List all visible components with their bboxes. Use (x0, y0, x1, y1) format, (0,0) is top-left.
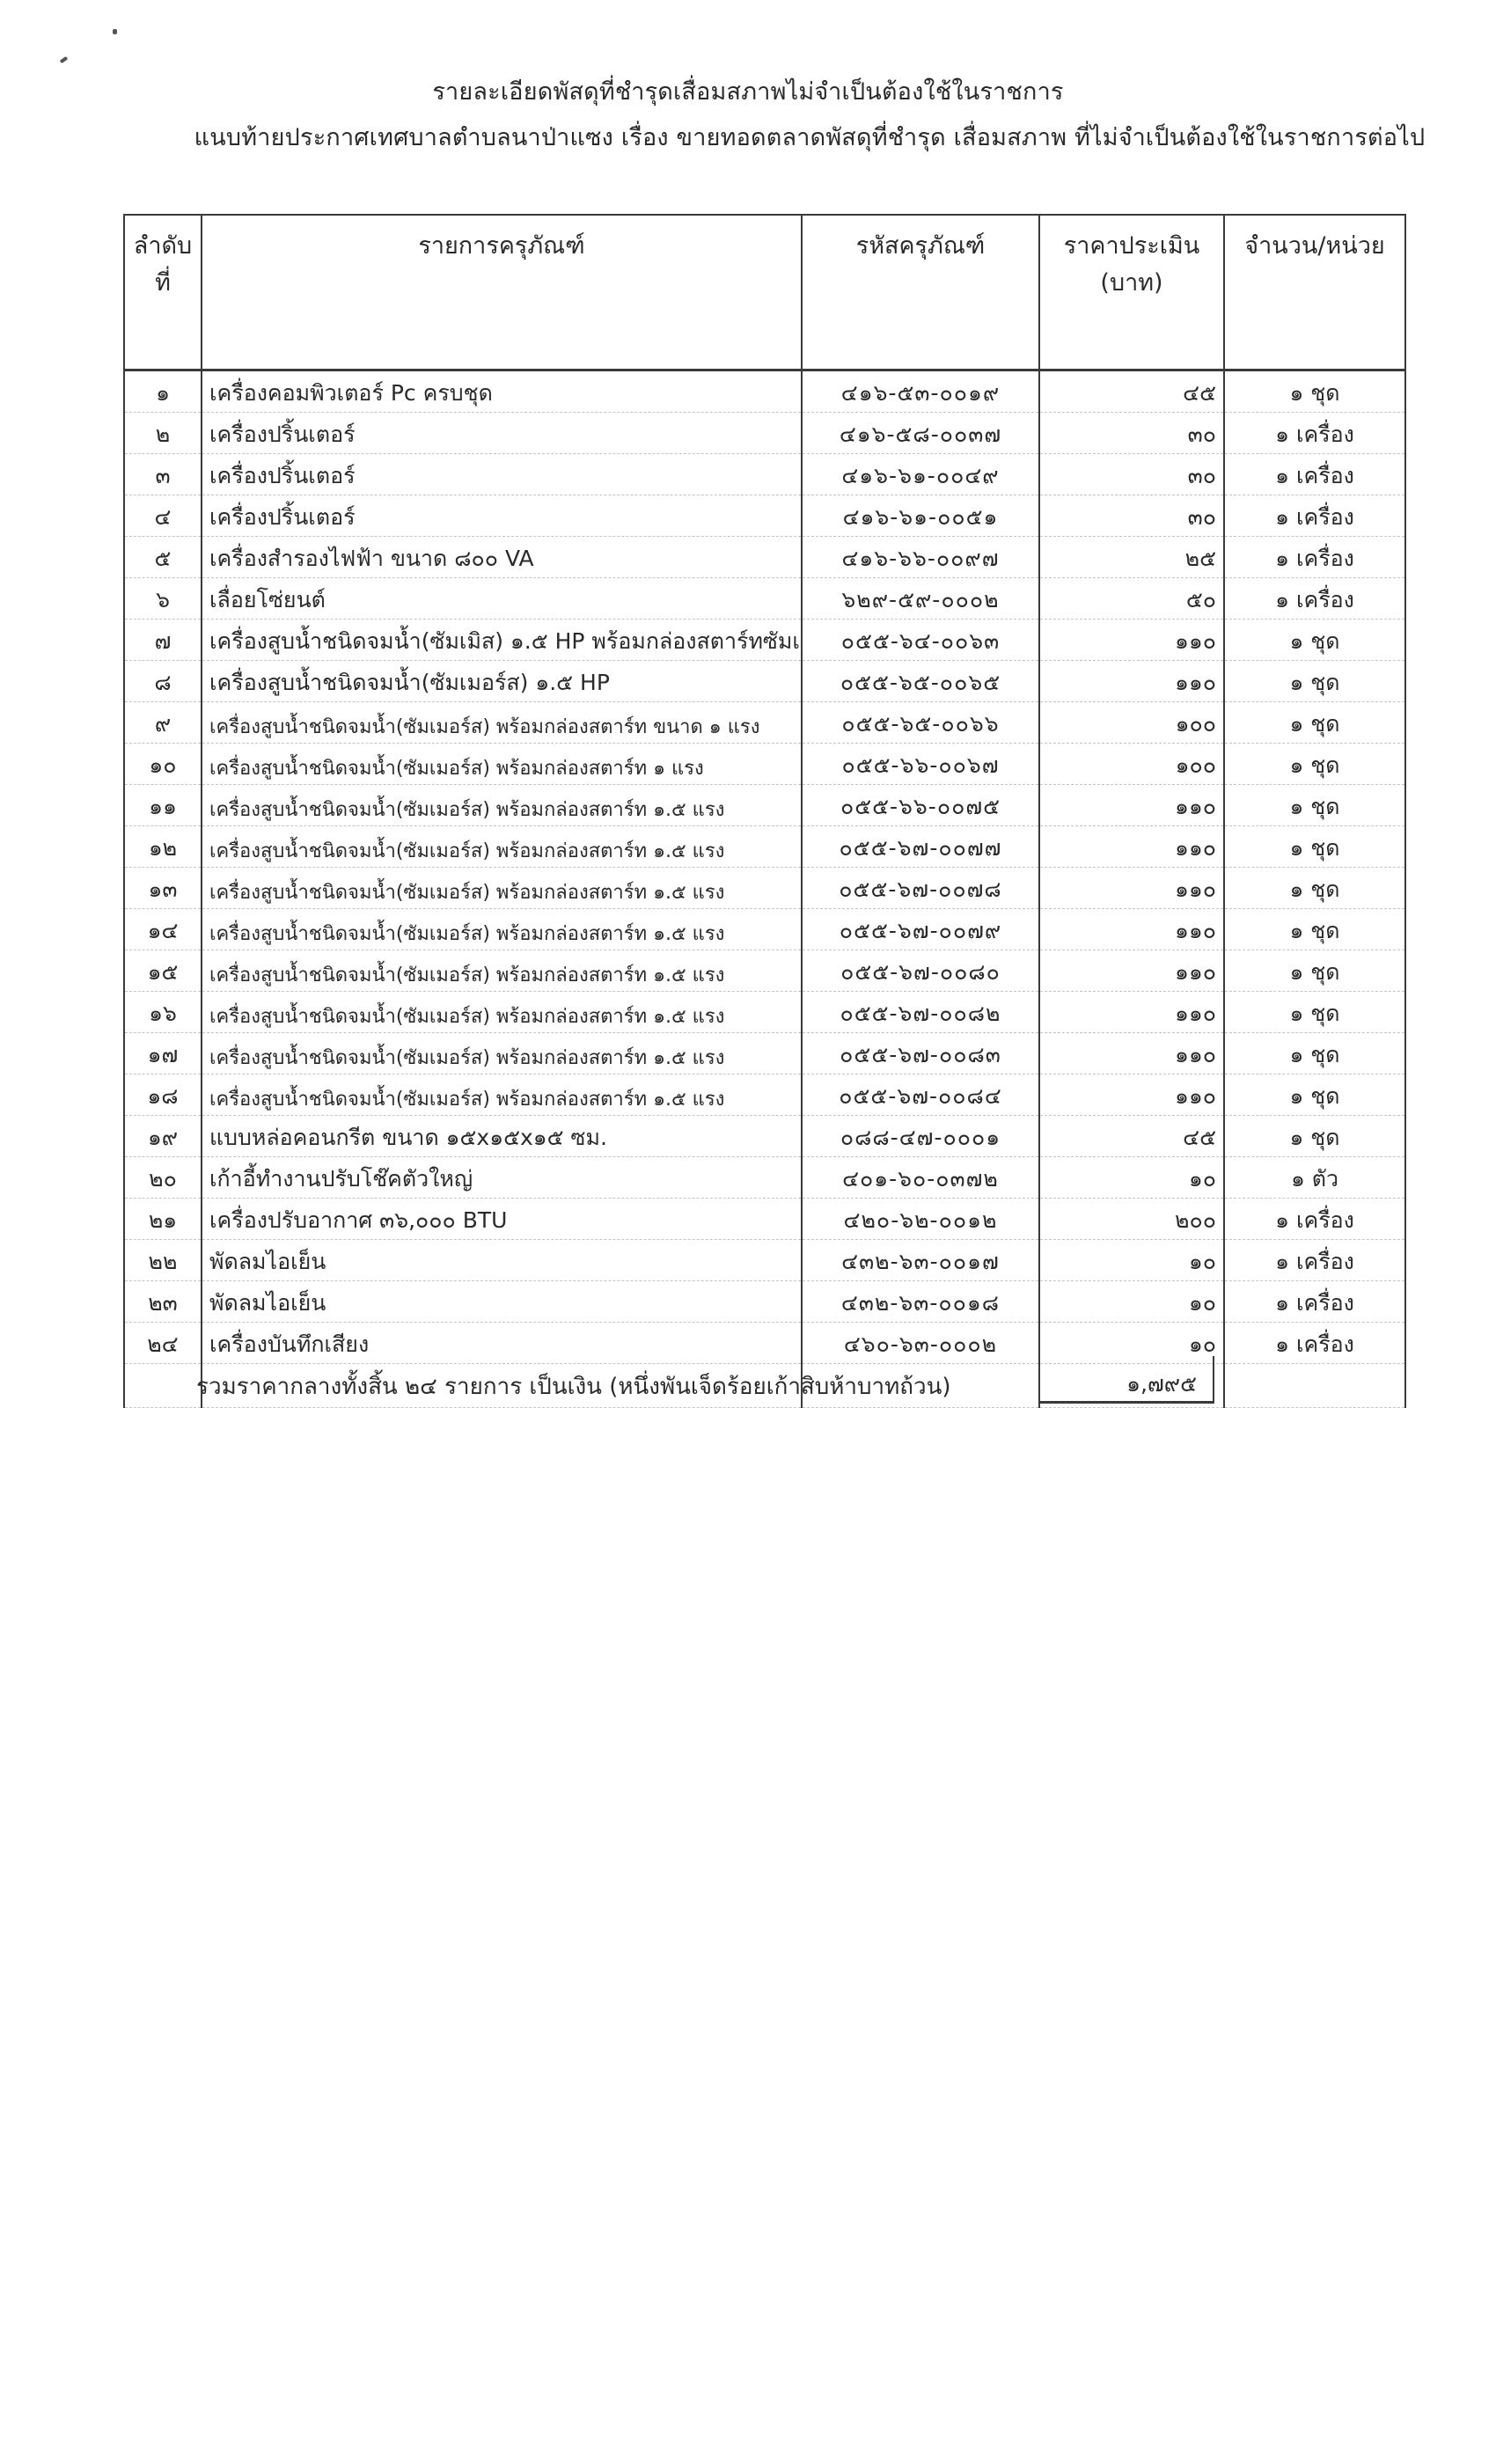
row-price: ๑๑๐ (1039, 992, 1224, 1033)
header-no: ลำดับ ที่ (124, 215, 202, 370)
row-qty: ๑ ชุด (1224, 950, 1405, 992)
row-number: ๖ (124, 578, 202, 620)
total-label: รวมราคากลางทั้งสิ้น ๒๔ รายการ เป็นเงิน (… (196, 1368, 951, 1404)
row-code: ๔๐๑-๖๐-๐๓๗๒ (802, 1157, 1039, 1199)
asset-table: ลำดับ ที่ รายการครุภัณฑ์ รหัสครุภัณฑ์ รา… (123, 214, 1406, 1408)
row-code: ๔๑๖-๖๑-๐๐๕๑ (802, 495, 1039, 537)
table-row: ๑๑เครื่องสูบน้ำชนิดจมน้ำ(ซัมเมอร์ส) พร้อ… (124, 785, 1405, 826)
row-number: ๗ (124, 620, 202, 661)
row-code: ๐๕๕-๖๗-๐๐๘๓ (802, 1033, 1039, 1074)
table-row: ๑เครื่องคอมพิวเตอร์ Pc ครบชุด๔๑๖-๕๓-๐๐๑๙… (124, 370, 1405, 413)
row-code: ๔๓๒-๖๓-๐๐๑๗ (802, 1240, 1039, 1281)
row-qty: ๑ ชุด (1224, 370, 1405, 413)
row-number: ๒๐ (124, 1157, 202, 1199)
row-item: เครื่องสูบน้ำชนิดจมน้ำ(ซัมเมอร์ส) พร้อมก… (202, 1033, 802, 1074)
table-row: ๒๐เก้าอี้ทำงานปรับโช๊คตัวใหญ่๔๐๑-๖๐-๐๓๗๒… (124, 1157, 1405, 1199)
row-item: พัดลมไอเย็น (202, 1240, 802, 1281)
row-price: ๓๐ (1039, 454, 1224, 495)
row-price: ๑๑๐ (1039, 868, 1224, 909)
row-code: ๐๕๕-๖๕-๐๐๖๖ (802, 702, 1039, 744)
document-subtitle: แนบท้ายประกาศเทศบาลตำบลนาป่าแซง เรื่อง ข… (62, 118, 1496, 156)
row-code: ๐๕๕-๖๗-๐๐๗๘ (802, 868, 1039, 909)
row-qty: ๑ ตัว (1224, 1157, 1405, 1199)
row-code: ๔๑๖-๖๖-๐๐๙๗ (802, 537, 1039, 578)
row-code: ๔๒๐-๖๒-๐๐๑๒ (802, 1199, 1039, 1240)
row-item: เครื่องสูบน้ำชนิดจมน้ำ(ซัมเมอร์ส) พร้อมก… (202, 909, 802, 950)
row-price: ๓๐ (1039, 413, 1224, 454)
row-code: ๖๒๙-๕๙-๐๐๐๒ (802, 578, 1039, 620)
row-qty: ๑ ชุด (1224, 1033, 1405, 1074)
table-row: ๑๕เครื่องสูบน้ำชนิดจมน้ำ(ซัมเมอร์ส) พร้อ… (124, 950, 1405, 992)
row-item: เก้าอี้ทำงานปรับโช๊คตัวใหญ่ (202, 1157, 802, 1199)
row-qty: ๑ ชุด (1224, 744, 1405, 785)
table-row: ๑๖เครื่องสูบน้ำชนิดจมน้ำ(ซัมเมอร์ส) พร้อ… (124, 992, 1405, 1033)
row-item: พัดลมไอเย็น (202, 1281, 802, 1323)
table-header-row: ลำดับ ที่ รายการครุภัณฑ์ รหัสครุภัณฑ์ รา… (124, 215, 1405, 370)
row-number: ๑๑ (124, 785, 202, 826)
row-qty: ๑ ชุด (1224, 826, 1405, 868)
row-price: ๑๑๐ (1039, 950, 1224, 992)
scan-speck (113, 29, 117, 34)
row-number: ๕ (124, 537, 202, 578)
header-no-line2: ที่ (132, 265, 194, 302)
row-number: ๒๑ (124, 1199, 202, 1240)
row-qty: ๑ เครื่อง (1224, 578, 1405, 620)
table-row: ๕เครื่องสำรองไฟฟ้า ขนาด ๘๐๐ VA๔๑๖-๖๖-๐๐๙… (124, 537, 1405, 578)
row-item: เครื่องสูบน้ำชนิดจมน้ำ(ซัมเมอร์ส) พร้อมก… (202, 868, 802, 909)
row-qty: ๑ ชุด (1224, 1074, 1405, 1116)
total-row: รวมราคากลางทั้งสิ้น ๒๔ รายการ เป็นเงิน (… (123, 1358, 1404, 1405)
row-number: ๑๓ (124, 868, 202, 909)
row-code: ๔๑๖-๕๘-๐๐๓๗ (802, 413, 1039, 454)
document-title: รายละเอียดพัสดุที่ชำรุดเสื่อมสภาพไม่จำเป… (0, 72, 1496, 110)
row-code: ๐๘๘-๔๗-๐๐๐๑ (802, 1116, 1039, 1157)
row-code: ๐๕๕-๖๗-๐๐๘๒ (802, 992, 1039, 1033)
row-price: ๒๕ (1039, 537, 1224, 578)
row-number: ๑๗ (124, 1033, 202, 1074)
row-item: เครื่องปริ้นเตอร์ (202, 495, 802, 537)
row-price: ๑๐๐ (1039, 744, 1224, 785)
table-row: ๑๙แบบหล่อคอนกรีต ขนาด ๑๕x๑๕x๑๕ ซม.๐๘๘-๔๗… (124, 1116, 1405, 1157)
row-qty: ๑ เครื่อง (1224, 413, 1405, 454)
total-value: ๑,๗๙๕ (1038, 1356, 1214, 1404)
row-item: เครื่องสูบน้ำชนิดจมน้ำ(ซัมเมอร์ส) ๑.๕ HP (202, 661, 802, 702)
row-item: แบบหล่อคอนกรีต ขนาด ๑๕x๑๕x๑๕ ซม. (202, 1116, 802, 1157)
header-price: ราคาประเมิน (บาท) (1039, 215, 1224, 370)
row-number: ๑๖ (124, 992, 202, 1033)
row-price: ๔๕ (1039, 1116, 1224, 1157)
row-number: ๔ (124, 495, 202, 537)
row-code: ๐๕๕-๖๕-๐๐๖๕ (802, 661, 1039, 702)
table-row: ๙เครื่องสูบน้ำชนิดจมน้ำ(ซัมเมอร์ส) พร้อม… (124, 702, 1405, 744)
table-row: ๗เครื่องสูบน้ำชนิดจมน้ำ(ซัมเมิส) ๑.๕ HP … (124, 620, 1405, 661)
table-row: ๑๔เครื่องสูบน้ำชนิดจมน้ำ(ซัมเมอร์ส) พร้อ… (124, 909, 1405, 950)
row-qty: ๑ เครื่อง (1224, 1240, 1405, 1281)
row-price: ๑๐ (1039, 1157, 1224, 1199)
row-price: ๑๑๐ (1039, 620, 1224, 661)
row-qty: ๑ ชุด (1224, 1116, 1405, 1157)
row-item: เครื่องปริ้นเตอร์ (202, 454, 802, 495)
table-row: ๑๓เครื่องสูบน้ำชนิดจมน้ำ(ซัมเมอร์ส) พร้อ… (124, 868, 1405, 909)
row-item: เครื่องสูบน้ำชนิดจมน้ำ(ซัมเมอร์ส) พร้อมก… (202, 785, 802, 826)
row-qty: ๑ เครื่อง (1224, 537, 1405, 578)
row-item: เครื่องสูบน้ำชนิดจมน้ำ(ซัมเมอร์ส) พร้อมก… (202, 826, 802, 868)
table-row: ๖เลื่อยโซ่ยนต์๖๒๙-๕๙-๐๐๐๒๕๐๑ เครื่อง (124, 578, 1405, 620)
row-qty: ๑ ชุด (1224, 785, 1405, 826)
row-item: เครื่องสูบน้ำชนิดจมน้ำ(ซัมเมอร์ส) พร้อมก… (202, 1074, 802, 1116)
row-number: ๑๐ (124, 744, 202, 785)
row-number: ๑๘ (124, 1074, 202, 1116)
row-number: ๓ (124, 454, 202, 495)
header-code: รหัสครุภัณฑ์ (802, 215, 1039, 370)
row-price: ๑๑๐ (1039, 1033, 1224, 1074)
row-item: เครื่องปริ้นเตอร์ (202, 413, 802, 454)
row-number: ๑๔ (124, 909, 202, 950)
row-number: ๑๙ (124, 1116, 202, 1157)
row-code: ๐๕๕-๖๔-๐๐๖๓ (802, 620, 1039, 661)
table-row: ๑๐เครื่องสูบน้ำชนิดจมน้ำ(ซัมเมอร์ส) พร้อ… (124, 744, 1405, 785)
row-item: เครื่องสำรองไฟฟ้า ขนาด ๘๐๐ VA (202, 537, 802, 578)
row-number: ๘ (124, 661, 202, 702)
table-row: ๑๘เครื่องสูบน้ำชนิดจมน้ำ(ซัมเมอร์ส) พร้อ… (124, 1074, 1405, 1116)
row-price: ๑๐ (1039, 1281, 1224, 1323)
row-price: ๑๐ (1039, 1240, 1224, 1281)
row-price: ๑๑๐ (1039, 1074, 1224, 1116)
row-qty: ๑ ชุด (1224, 620, 1405, 661)
row-qty: ๑ เครื่อง (1224, 454, 1405, 495)
row-code: ๔๑๖-๕๓-๐๐๑๙ (802, 370, 1039, 413)
table-row: ๘เครื่องสูบน้ำชนิดจมน้ำ(ซัมเมอร์ส) ๑.๕ H… (124, 661, 1405, 702)
scan-speck (60, 56, 69, 63)
row-qty: ๑ ชุด (1224, 702, 1405, 744)
row-price: ๑๑๐ (1039, 826, 1224, 868)
row-qty: ๑ ชุด (1224, 992, 1405, 1033)
row-number: ๒ (124, 413, 202, 454)
row-qty: ๑ เครื่อง (1224, 495, 1405, 537)
row-code: ๐๕๕-๖๖-๐๐๗๕ (802, 785, 1039, 826)
row-price: ๓๐ (1039, 495, 1224, 537)
row-qty: ๑ ชุด (1224, 868, 1405, 909)
row-number: ๑ (124, 370, 202, 413)
table-row: ๓เครื่องปริ้นเตอร์๔๑๖-๖๑-๐๐๔๙๓๐๑ เครื่อง (124, 454, 1405, 495)
row-number: ๙ (124, 702, 202, 744)
row-code: ๐๕๕-๖๗-๐๐๘๐ (802, 950, 1039, 992)
row-number: ๑๒ (124, 826, 202, 868)
header-item: รายการครุภัณฑ์ (202, 215, 802, 370)
row-item: เครื่องสูบน้ำชนิดจมน้ำ(ซัมเมอร์ส) พร้อมก… (202, 744, 802, 785)
row-item: เครื่องสูบน้ำชนิดจมน้ำ(ซัมเมิส) ๑.๕ HP พ… (202, 620, 802, 661)
header-price-line2: (บาท) (1047, 265, 1216, 302)
row-price: ๒๐๐ (1039, 1199, 1224, 1240)
row-price: ๑๑๐ (1039, 661, 1224, 702)
row-item: เครื่องสูบน้ำชนิดจมน้ำ(ซัมเมอร์ส) พร้อมก… (202, 950, 802, 992)
row-qty: ๑ ชุด (1224, 909, 1405, 950)
row-price: ๔๕ (1039, 370, 1224, 413)
table-row: ๑๒เครื่องสูบน้ำชนิดจมน้ำ(ซัมเมอร์ส) พร้อ… (124, 826, 1405, 868)
table-row: ๒๑เครื่องปรับอากาศ ๓๖,๐๐๐ BTU๔๒๐-๖๒-๐๐๑๒… (124, 1199, 1405, 1240)
row-qty: ๑ ชุด (1224, 661, 1405, 702)
row-code: ๐๕๕-๖๗-๐๐๘๔ (802, 1074, 1039, 1116)
row-item: เลื่อยโซ่ยนต์ (202, 578, 802, 620)
table-row: ๑๗เครื่องสูบน้ำชนิดจมน้ำ(ซัมเมอร์ส) พร้อ… (124, 1033, 1405, 1074)
row-code: ๐๕๕-๖๖-๐๐๖๗ (802, 744, 1039, 785)
row-number: ๑๕ (124, 950, 202, 992)
table-row: ๔เครื่องปริ้นเตอร์๔๑๖-๖๑-๐๐๕๑๓๐๑ เครื่อง (124, 495, 1405, 537)
row-qty: ๑ เครื่อง (1224, 1199, 1405, 1240)
row-item: เครื่องปรับอากาศ ๓๖,๐๐๐ BTU (202, 1199, 802, 1240)
row-price: ๑๐๐ (1039, 702, 1224, 744)
row-qty: ๑ เครื่อง (1224, 1281, 1405, 1323)
row-price: ๑๑๐ (1039, 785, 1224, 826)
table-row: ๒๒พัดลมไอเย็น๔๓๒-๖๓-๐๐๑๗๑๐๑ เครื่อง (124, 1240, 1405, 1281)
table-row: ๒๓พัดลมไอเย็น๔๓๒-๖๓-๐๐๑๘๑๐๑ เครื่อง (124, 1281, 1405, 1323)
row-code: ๐๕๕-๖๗-๐๐๗๙ (802, 909, 1039, 950)
row-item: เครื่องสูบน้ำชนิดจมน้ำ(ซัมเมอร์ส) พร้อมก… (202, 702, 802, 744)
row-item: เครื่องสูบน้ำชนิดจมน้ำ(ซัมเมอร์ส) พร้อมก… (202, 992, 802, 1033)
row-price: ๑๑๐ (1039, 909, 1224, 950)
row-code: ๐๕๕-๖๗-๐๐๗๗ (802, 826, 1039, 868)
row-code: ๔๑๖-๖๑-๐๐๔๙ (802, 454, 1039, 495)
row-number: ๒๒ (124, 1240, 202, 1281)
row-number: ๒๓ (124, 1281, 202, 1323)
header-qty: จำนวน/หน่วย (1224, 215, 1405, 370)
row-price: ๕๐ (1039, 578, 1224, 620)
row-item: เครื่องคอมพิวเตอร์ Pc ครบชุด (202, 370, 802, 413)
header-price-line1: ราคาประเมิน (1047, 228, 1216, 265)
row-code: ๔๓๒-๖๓-๐๐๑๘ (802, 1281, 1039, 1323)
table-row: ๒เครื่องปริ้นเตอร์๔๑๖-๕๘-๐๐๓๗๓๐๑ เครื่อง (124, 413, 1405, 454)
header-no-line1: ลำดับ (132, 228, 194, 265)
